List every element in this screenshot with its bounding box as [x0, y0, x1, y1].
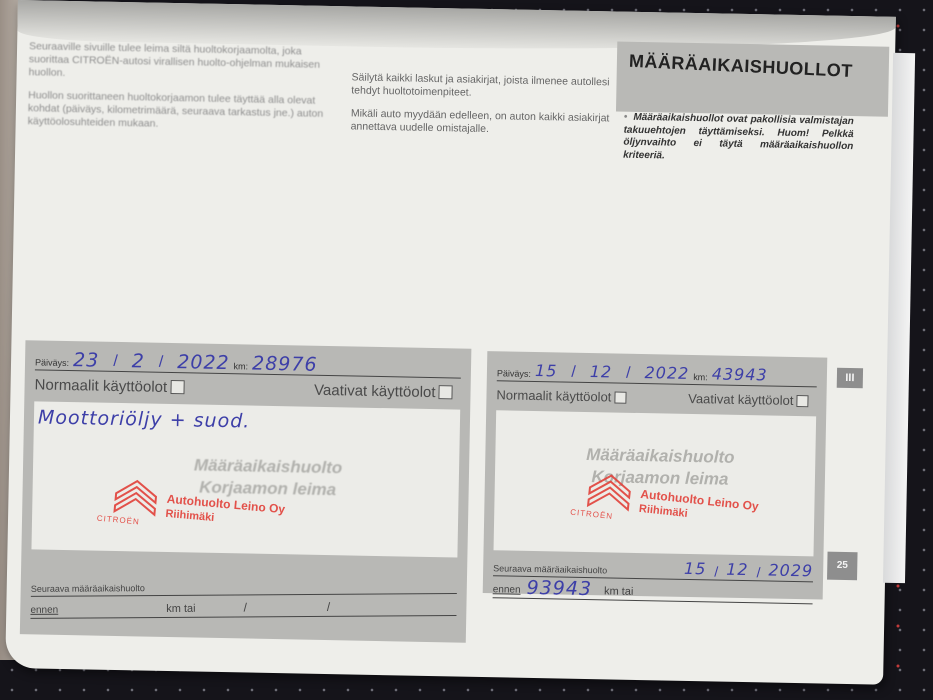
- section-tab: III: [837, 368, 863, 388]
- demanding-conditions-option: Vaativat käyttöolot: [314, 382, 453, 402]
- date-separator: /: [327, 600, 330, 614]
- km-label: km:: [233, 361, 248, 371]
- km-or-label: km tai: [604, 585, 634, 598]
- stamp-brand: CITROËN: [96, 514, 140, 527]
- conditions-row: Normaalit käyttöolot Vaativat käyttöolot: [496, 387, 816, 408]
- next-service-km[interactable]: [64, 617, 154, 618]
- km-or-label: km tai: [166, 603, 195, 615]
- normal-conditions-checkbox[interactable]: [170, 380, 184, 394]
- normal-conditions-option: Normaalit käyttöolot: [496, 387, 626, 404]
- demanding-conditions-checkbox[interactable]: [796, 395, 808, 407]
- date-km-row: Päiväys: 15 / 12 / 2022 km: 43943: [497, 357, 817, 387]
- page-number: 25: [827, 552, 858, 581]
- date-separator: /: [113, 353, 118, 371]
- stamp-placeholder: Määräaikaishuolto Korjaamon leima: [545, 443, 776, 491]
- next-service-year[interactable]: 2029: [768, 561, 813, 582]
- date-separator: /: [571, 364, 576, 382]
- demanding-conditions-option: Vaativat käyttöolot: [688, 391, 809, 408]
- demanding-conditions-label: Vaativat käyttöolot: [688, 391, 794, 408]
- date-day[interactable]: 23: [73, 350, 100, 370]
- service-record-card: Päiväys: 23 / 2 / 2022 km: 28976 Normaal…: [20, 340, 472, 643]
- intro-column-3: •Määräaikaishuollot ovat pakollisia valm…: [623, 112, 854, 166]
- before-label: ennen: [30, 605, 58, 616]
- intro-paragraph: Säilytä kaikki laskut ja asiakirjat, joi…: [351, 71, 611, 102]
- date-separator: /: [714, 563, 718, 579]
- date-separator: /: [626, 365, 631, 383]
- service-note[interactable]: Moottoriöljy + suod.: [38, 407, 251, 431]
- date-month[interactable]: 12: [590, 362, 613, 382]
- intro-column-2: Säilytä kaikki laskut ja asiakirjat, joi…: [350, 71, 611, 148]
- date-day[interactable]: 15: [535, 361, 558, 381]
- intro-paragraph: Seuraaville sivuille tulee leima siltä h…: [28, 40, 329, 85]
- date-km-row: Päiväys: 23 / 2 / 2022 km: 28976: [35, 346, 461, 378]
- citroen-chevrons-icon: [583, 467, 637, 512]
- demanding-conditions-label: Vaativat käyttöolot: [314, 382, 436, 401]
- manual-page: MÄÄRÄAIKAISHUOLLOT Seuraaville sivuille …: [5, 0, 896, 685]
- intro-paragraph: Mikäli auto myydään edelleen, on auton k…: [351, 107, 611, 138]
- stamp-brand: CITROËN: [570, 507, 614, 521]
- page-stack-edge: [883, 53, 915, 583]
- next-service-month[interactable]: 12: [726, 560, 749, 580]
- workshop-stamp-area: Moottoriöljy + suod. Määräaikaishuolto K…: [31, 401, 460, 557]
- next-service-label: Seuraava määräaikaishuolto: [31, 583, 145, 594]
- normal-conditions-checkbox[interactable]: [614, 392, 626, 404]
- next-service-km[interactable]: 93943: [526, 578, 592, 599]
- date-year[interactable]: 2022: [644, 363, 689, 384]
- date-separator: /: [756, 564, 760, 580]
- stamp-city: Riihimäki: [638, 503, 688, 520]
- stamp-placeholder-line: Korjaamon leima: [545, 465, 775, 491]
- mandatory-notice: Määräaikaishuollot ovat pakollisia valmi…: [623, 112, 854, 161]
- workshop-stamp-area: Määräaikaishuolto Korjaamon leima CITROË…: [494, 410, 817, 556]
- conditions-row: Normaalit käyttöolot Vaativat käyttöolot: [34, 376, 460, 401]
- date-label: Päiväys:: [35, 357, 69, 368]
- odometer-km[interactable]: 28976: [252, 354, 318, 375]
- intro-column-1: Seuraaville sivuille tulee leima siltä h…: [27, 40, 329, 144]
- next-service-row: Seuraava määräaikaishuolto ennen km tai …: [30, 573, 457, 621]
- before-label: ennen: [493, 584, 521, 596]
- date-separator: /: [159, 354, 164, 372]
- stamp-city: Riihimäki: [165, 508, 215, 524]
- normal-conditions-label: Normaalit käyttöolot: [496, 387, 611, 404]
- normal-conditions-label: Normaalit käyttöolot: [34, 376, 167, 396]
- service-record-card: Päiväys: 15 / 12 / 2022 km: 43943 Normaa…: [483, 351, 828, 599]
- date-year[interactable]: 2022: [177, 352, 230, 373]
- intro-paragraph: Huollon suorittaneen huoltokorjaamon tul…: [28, 89, 329, 134]
- citroen-chevrons-icon: [109, 473, 162, 517]
- next-service-day[interactable]: 15: [684, 559, 707, 579]
- odometer-km[interactable]: 43943: [712, 364, 768, 385]
- next-service-row: Seuraava määräaikaishuolto 15 / 12 / 202…: [493, 558, 814, 604]
- normal-conditions-option: Normaalit käyttöolot: [34, 376, 184, 396]
- bullet-icon: •: [624, 112, 628, 123]
- demanding-conditions-checkbox[interactable]: [438, 385, 452, 399]
- km-label: km:: [693, 372, 708, 382]
- date-separator: /: [244, 600, 247, 614]
- date-month[interactable]: 2: [132, 351, 145, 371]
- date-label: Päiväys:: [497, 368, 531, 379]
- next-service-label: Seuraava määräaikaishuolto: [493, 563, 607, 575]
- next-service-line-2: ennen km tai / /: [30, 594, 456, 619]
